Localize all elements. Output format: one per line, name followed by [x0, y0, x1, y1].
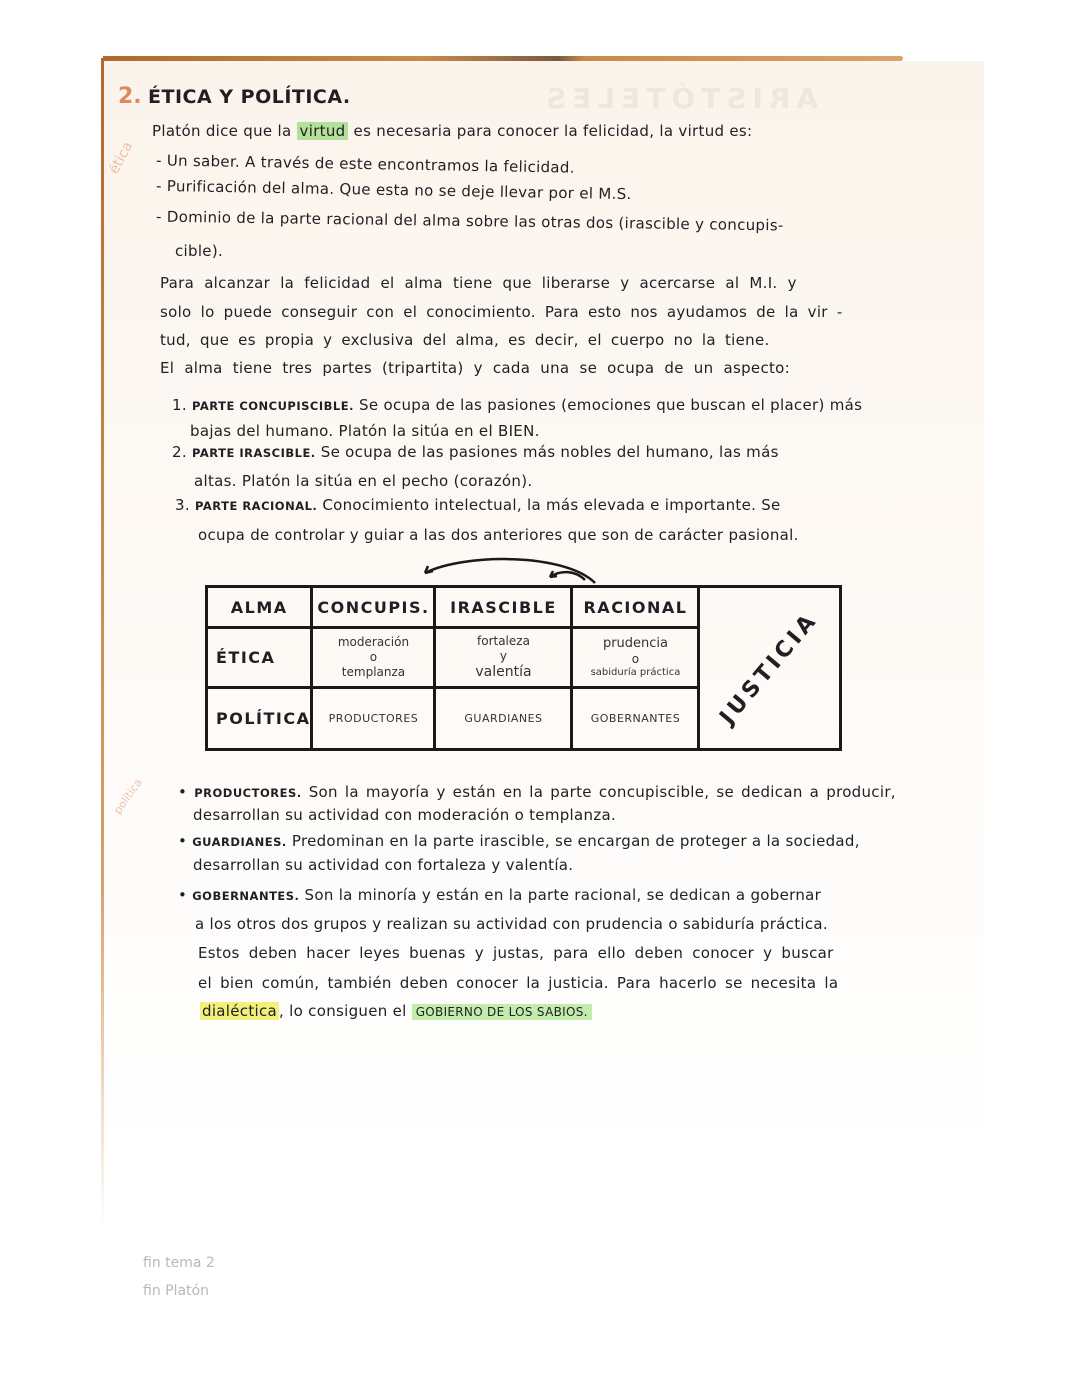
table-header: CONCUPIS. [312, 587, 435, 628]
paragraph-line: tud, que es propia y exclusiva del alma,… [160, 333, 770, 348]
part-number: 1. [172, 396, 187, 414]
bullet-icon: • [178, 832, 187, 850]
footer-note: fin Platón [143, 1283, 209, 1299]
group-label: PRODUCTORES. [194, 786, 301, 800]
part-concupiscible: 1. PARTE CONCUPISCIBLE. Se ocupa de las … [172, 398, 862, 413]
table-cell: PRODUCTORES [312, 688, 435, 750]
cell-line: templanza [313, 665, 433, 680]
part-irascible: 2. PARTE IRASCIBLE. Se ocupa de las pasi… [172, 445, 779, 460]
justicia-cell: JUSTICIA [699, 587, 840, 750]
justicia-label: JUSTICIA [716, 607, 824, 729]
closing-mid: , lo consiguen el [279, 1002, 407, 1020]
paragraph-line: solo lo puede conseguir con el conocimie… [160, 305, 843, 320]
intro-pre: Platón dice que la [152, 122, 291, 140]
group-text-cont: desarrollan su actividad con fortaleza y… [193, 858, 573, 873]
closing-final-line: dialéctica, lo consiguen el GOBIERNO DE … [200, 1004, 592, 1019]
cell-line: o [313, 650, 433, 665]
section-title: ÉTICA Y POLÍTICA. [148, 86, 351, 108]
group-text: Son la mayoría y están en la parte concu… [309, 783, 896, 801]
part-label: PARTE RACIONAL. [195, 499, 317, 513]
cell-line: fortaleza [436, 634, 570, 649]
table-header: ALMA [207, 587, 312, 628]
soul-table: ALMA CONCUPIS. IRASCIBLE RACIONAL JUSTIC… [205, 585, 842, 751]
footer-note: fin tema 2 [143, 1255, 215, 1271]
bleed-through-text: ARISTÓTELES [540, 82, 818, 115]
closing-line: Estos deben hacer leyes buenas y justas,… [198, 946, 834, 961]
group-gobernantes: • GOBERNANTES. Son la minoría y están en… [178, 888, 821, 903]
table-cell: GOBERNANTES [572, 688, 699, 750]
part-text-cont: ocupa de controlar y guiar a las dos ant… [198, 528, 799, 543]
table-cell: moderación o templanza [312, 628, 435, 688]
cell-line: o [573, 652, 697, 667]
group-productores: • PRODUCTORES. Son la mayoría y están en… [178, 785, 896, 800]
bullet-icon: • [178, 886, 187, 904]
table-header: IRASCIBLE [435, 587, 572, 628]
bullet-icon: • [178, 783, 187, 801]
dialectica-highlight: dialéctica [200, 1002, 279, 1020]
part-text-cont: bajas del humano. Platón la sitúa en el … [190, 424, 540, 439]
part-text-cont: altas. Platón la sitúa en el pecho (cora… [194, 474, 532, 489]
group-text: Predominan en la parte irascible, se enc… [292, 832, 860, 850]
group-label: GOBERNANTES. [192, 889, 299, 903]
part-text: Se ocupa de las pasiones (emociones que … [359, 396, 862, 414]
paragraph-line: El alma tiene tres partes (tripartita) y… [160, 361, 790, 376]
group-text-cont: a los otros dos grupos y realizan su act… [195, 917, 828, 932]
virtue-item: cible). [175, 244, 223, 259]
group-text-cont: desarrollan su actividad con moderación … [193, 808, 616, 823]
row-header: POLÍTICA [207, 688, 312, 750]
part-text: Conocimiento intelectual, la más elevada… [322, 496, 780, 514]
part-number: 2. [172, 443, 187, 461]
section-number: 2. [118, 84, 142, 109]
part-racional: 3. PARTE RACIONAL. Conocimiento intelect… [175, 498, 781, 513]
part-label: PARTE CONCUPISCIBLE. [192, 399, 354, 413]
intro-line: Platón dice que la virtud es necesaria p… [152, 124, 752, 139]
part-number: 3. [175, 496, 190, 514]
part-label: PARTE IRASCIBLE. [192, 446, 316, 460]
intro-post: es necesaria para conocer la felicidad, … [354, 122, 753, 140]
group-guardianes: • GUARDIANES. Predominan en la parte ira… [178, 834, 860, 849]
table-cell: fortaleza y valentía [435, 628, 572, 688]
closing-line: el bien común, también deben conocer la … [198, 976, 838, 991]
group-text: Son la minoría y están en la parte racio… [305, 886, 822, 904]
cell-line: moderación [313, 635, 433, 650]
table-header: RACIONAL [572, 587, 699, 628]
paragraph-line: Para alcanzar la felicidad el alma tiene… [160, 276, 797, 291]
cell-line: y [436, 649, 570, 664]
cell-line: prudencia [573, 636, 697, 652]
group-label: GUARDIANES. [192, 835, 287, 849]
cell-line: valentía [436, 664, 570, 682]
gobierno-sabios-highlight: GOBIERNO DE LOS SABIOS. [412, 1004, 592, 1020]
table-cell: GUARDIANES [435, 688, 572, 750]
cell-line: sabiduría práctica [573, 667, 697, 680]
row-header: ÉTICA [207, 628, 312, 688]
part-text: Se ocupa de las pasiones más nobles del … [321, 443, 779, 461]
table-cell: prudencia o sabiduría práctica [572, 628, 699, 688]
virtud-highlight: virtud [297, 122, 349, 140]
